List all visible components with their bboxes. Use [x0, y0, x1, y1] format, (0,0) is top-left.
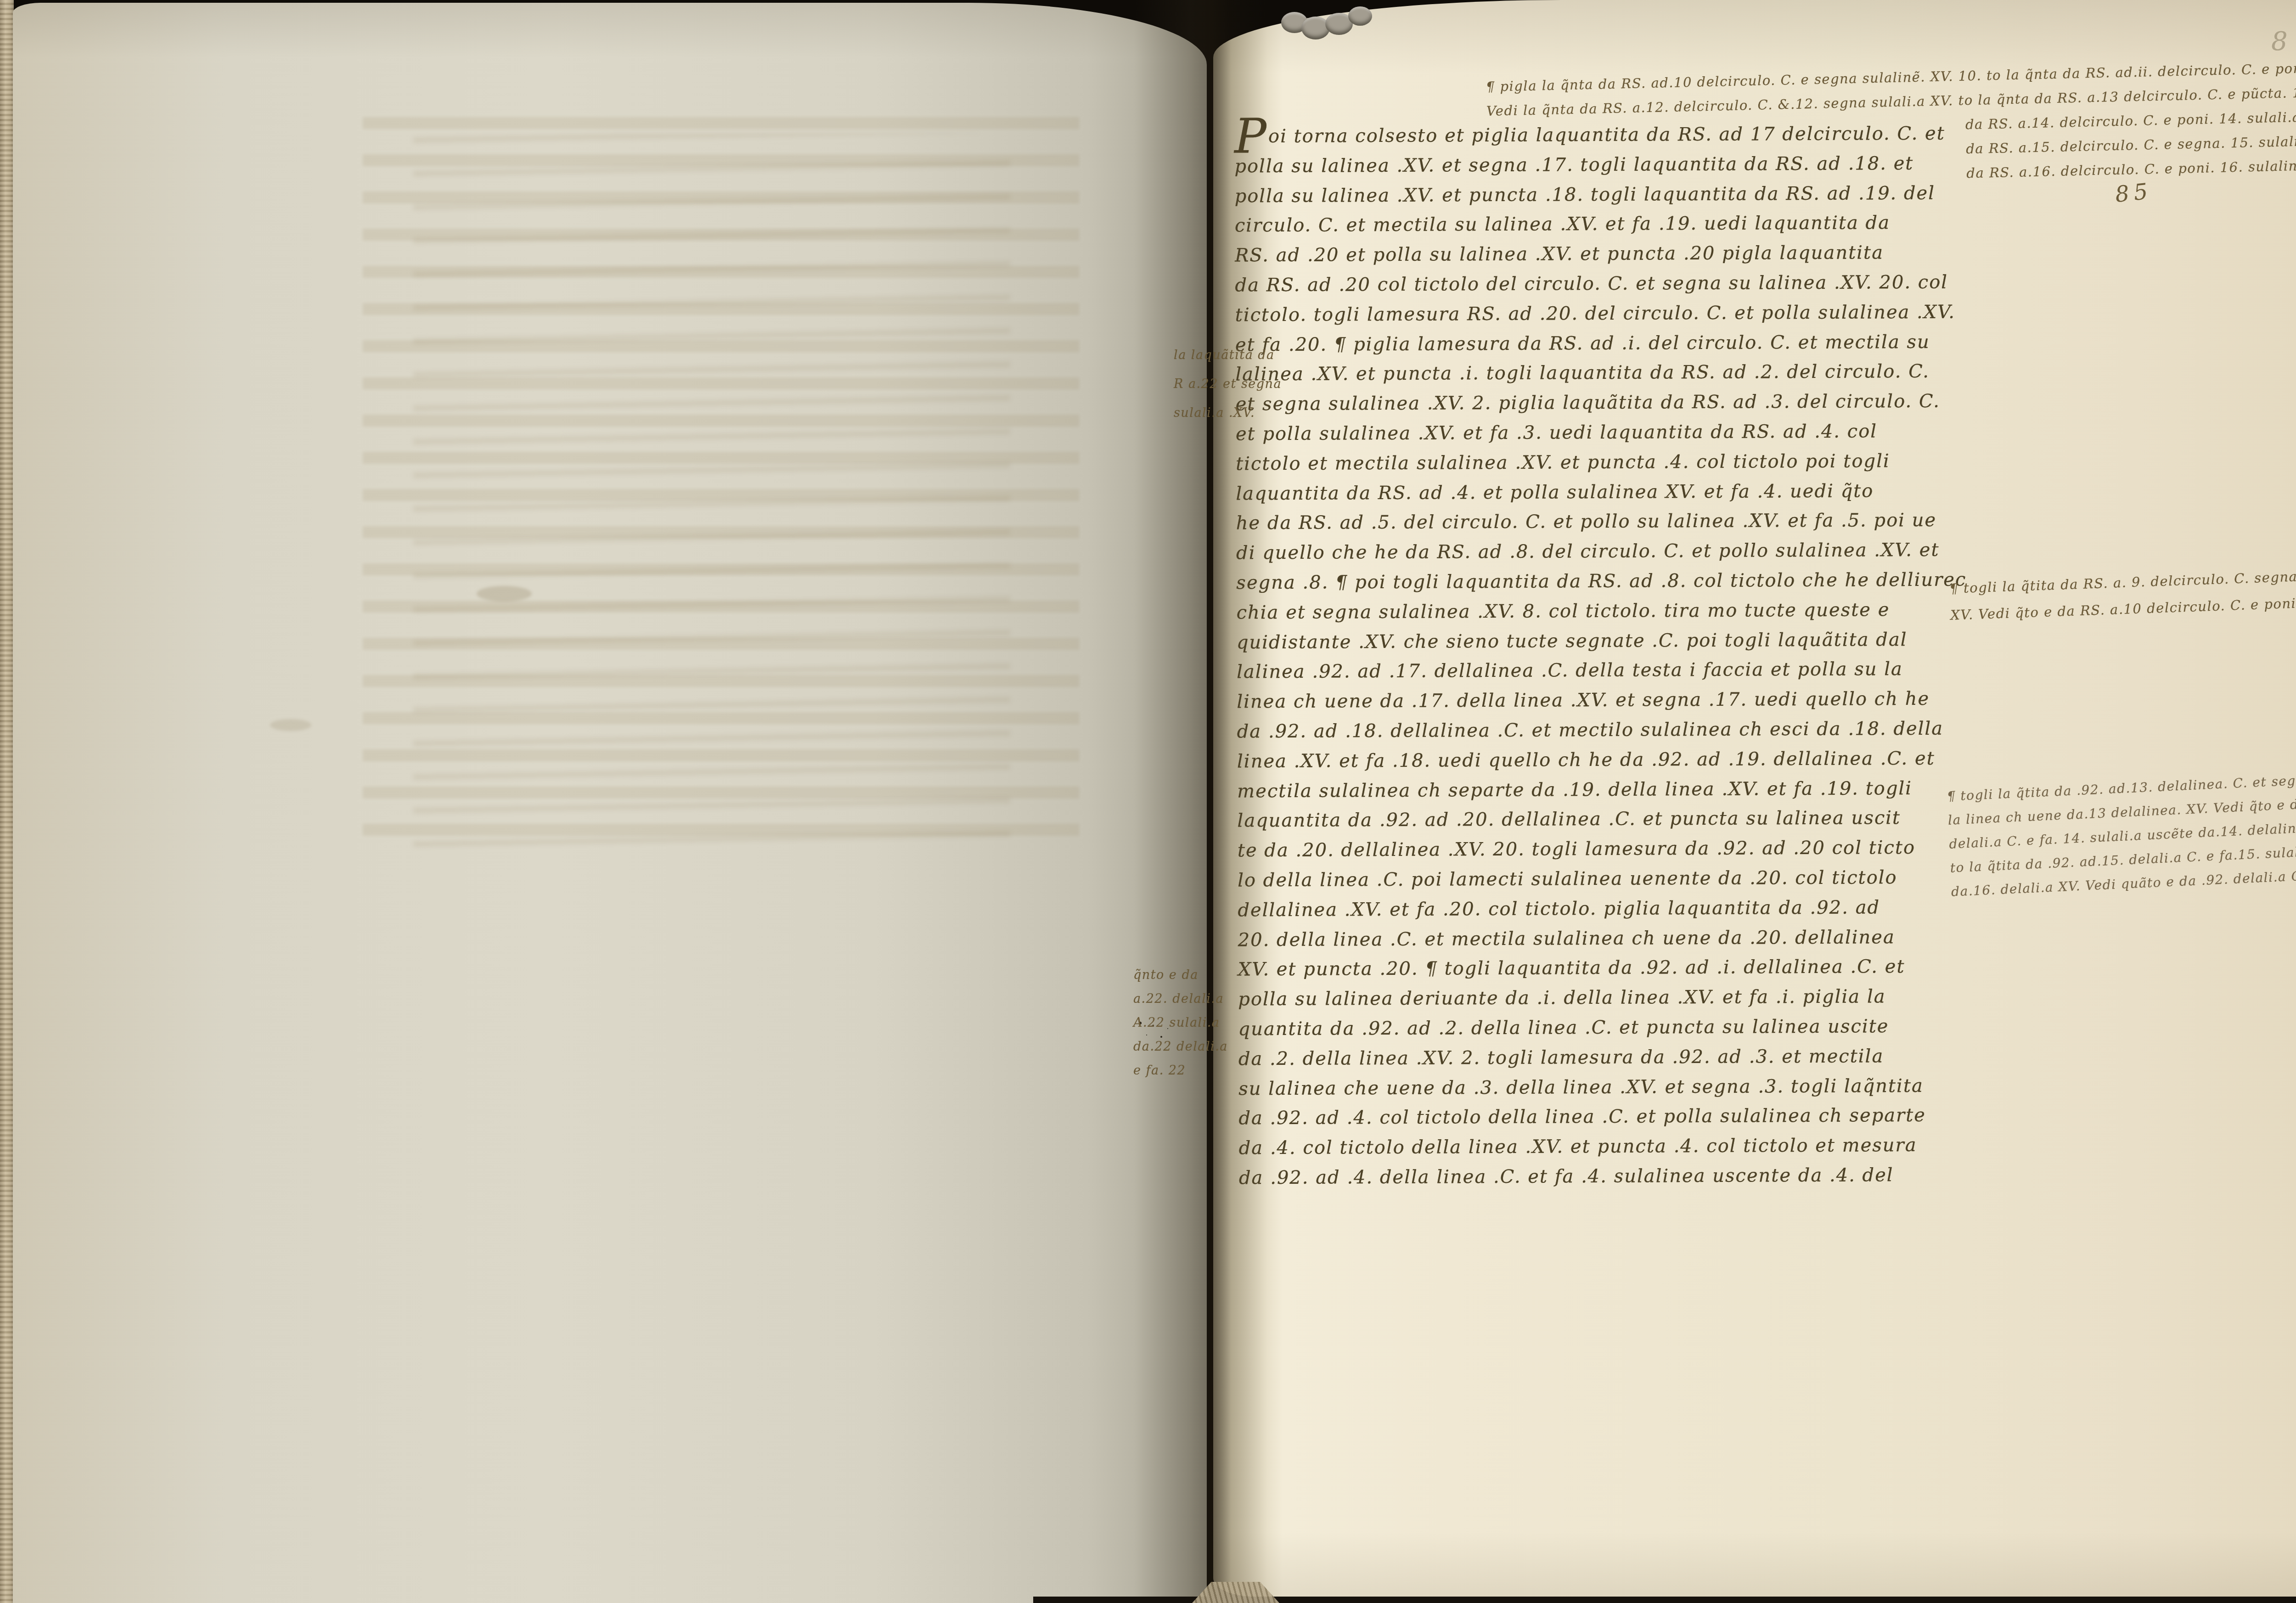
corner-folio-number: 87	[2271, 27, 2296, 56]
marginalia-line: R a.22 et segna	[1174, 370, 1282, 399]
bleed-through-text-2	[413, 133, 1010, 849]
text-line: mectila sulalinea ch separte da .19. del…	[1237, 773, 1960, 806]
text-line: tictolo. togli lamesura RS. ad .20. del …	[1235, 297, 1958, 330]
text-line: segna .8. ¶ poi togli laquantita da RS. …	[1236, 565, 1959, 598]
text-line: et polla sulalinea .XV. et fa .3. uedi l…	[1236, 416, 1959, 450]
text-line: linea ch uene da .17. della linea .XV. e…	[1237, 684, 1960, 717]
text-line: quantita da .92. ad .2. della linea .C. …	[1238, 1011, 1961, 1044]
left-page	[13, 3, 1207, 1603]
text-line: he da RS. ad .5. del circulo. C. et poll…	[1236, 506, 1959, 539]
text-line: 20. della linea .C. et mectila sulalinea…	[1238, 922, 1961, 955]
text-line: et fa .20. ¶ piglia lamesura da RS. ad .…	[1235, 327, 1958, 360]
marginalia-line: sulali.a .XV.	[1174, 399, 1282, 427]
manuscript-photo: 87 ¶ pigla la q̃nta da RS. ad.10 delcirc…	[0, 0, 2296, 1603]
text-line: da .92. ad .4. della linea .C. et fa .4.…	[1239, 1160, 1962, 1193]
text-line: laquantita da RS. ad .4. et polla sulali…	[1236, 476, 1959, 509]
marginalia-line: q̃nto e da	[1133, 963, 1228, 987]
marginalia-line: e fa. 22	[1133, 1059, 1228, 1083]
text-line: XV. et puncta .20. ¶ togli laquantita da…	[1238, 952, 1961, 985]
text-line: RS. ad .20 et polla su lalinea .XV. et p…	[1235, 238, 1958, 271]
text-line: polla su lalinea deriuante da .i. della …	[1238, 982, 1961, 1015]
book-fore-edge	[0, 0, 14, 1603]
text-line: quidistante .XV. che sieno tucte segnate…	[1237, 624, 1960, 658]
marginalia-line: la laquãtita da	[1174, 341, 1282, 370]
ink-smudge	[270, 719, 311, 731]
text-line: di quello che he da RS. ad .8. del circu…	[1236, 535, 1959, 568]
text-line: laquantita da .92. ad .20. dellalinea .C…	[1237, 803, 1960, 836]
text-line: lalinea .XV. et puncta .i. togli laquant…	[1235, 357, 1958, 390]
marginalia-line: A.22 sulali.a	[1133, 1011, 1228, 1035]
left-marginalia-upper: la laquãtita daR a.22 et segnasulali.a …	[1174, 341, 1282, 427]
text-line: da .92. ad .18. dellalinea .C. et mectil…	[1237, 714, 1960, 747]
marginalia-line: da.22 delali.a	[1133, 1035, 1228, 1059]
text-line: polla su lalinea .XV. et puncta .18. tog…	[1234, 178, 1958, 211]
text-line: su lalinea che uene da .3. della linea .…	[1238, 1071, 1962, 1104]
text-line: da .4. col tictolo della linea .XV. et p…	[1239, 1131, 1962, 1164]
text-line: lalinea .92. ad .17. dellalinea .C. dell…	[1237, 654, 1960, 687]
text-line: Poi torna colsesto et piglia laquantita …	[1234, 119, 1958, 152]
text-line: da .92. ad .4. col tictolo della linea .…	[1238, 1101, 1962, 1134]
text-line: te da .20. dellalinea .XV. 20. togli lam…	[1238, 833, 1961, 866]
right-marginalia-lower: ¶ togli la q̃tita da .92. ad.13. delalin…	[1947, 765, 2296, 904]
text-line: lo della linea .C. poi lamecti sulalinea…	[1238, 862, 1961, 895]
text-line: polla su lalinea .XV. et segna .17. togl…	[1234, 148, 1958, 181]
text-line: da RS. ad .20 col tictolo del circulo. C…	[1235, 268, 1958, 301]
text-line: chia et segna sulalinea .XV. 8. col tict…	[1236, 595, 1959, 628]
text-line: circulo. C. et mectila su lalinea .XV. e…	[1235, 208, 1958, 241]
ink-smudge	[477, 586, 532, 602]
main-text: Poi torna colsesto et piglia laquantita …	[1234, 119, 1962, 1193]
text-line: tictolo et mectila sulalinea .XV. et pun…	[1236, 446, 1959, 479]
left-marginalia-lower: q̃nto e daa.22. delali.aA.22 sulali.ada.…	[1133, 963, 1228, 1083]
marginalia-line: a.22. delali.a	[1133, 987, 1228, 1011]
text-line: linea .XV. et fa .18. uedi quello ch he …	[1237, 743, 1960, 776]
text-line: et segna sulalinea .XV. 2. piglia laquã…	[1235, 387, 1958, 420]
page-folio-number: 85	[2114, 178, 2153, 208]
headband-sewing	[1281, 0, 1378, 47]
text-line: dellalinea .XV. et fa .20. col tictolo. …	[1238, 892, 1961, 925]
text-line: da .2. della linea .XV. 2. togli lamesur…	[1238, 1041, 1962, 1074]
